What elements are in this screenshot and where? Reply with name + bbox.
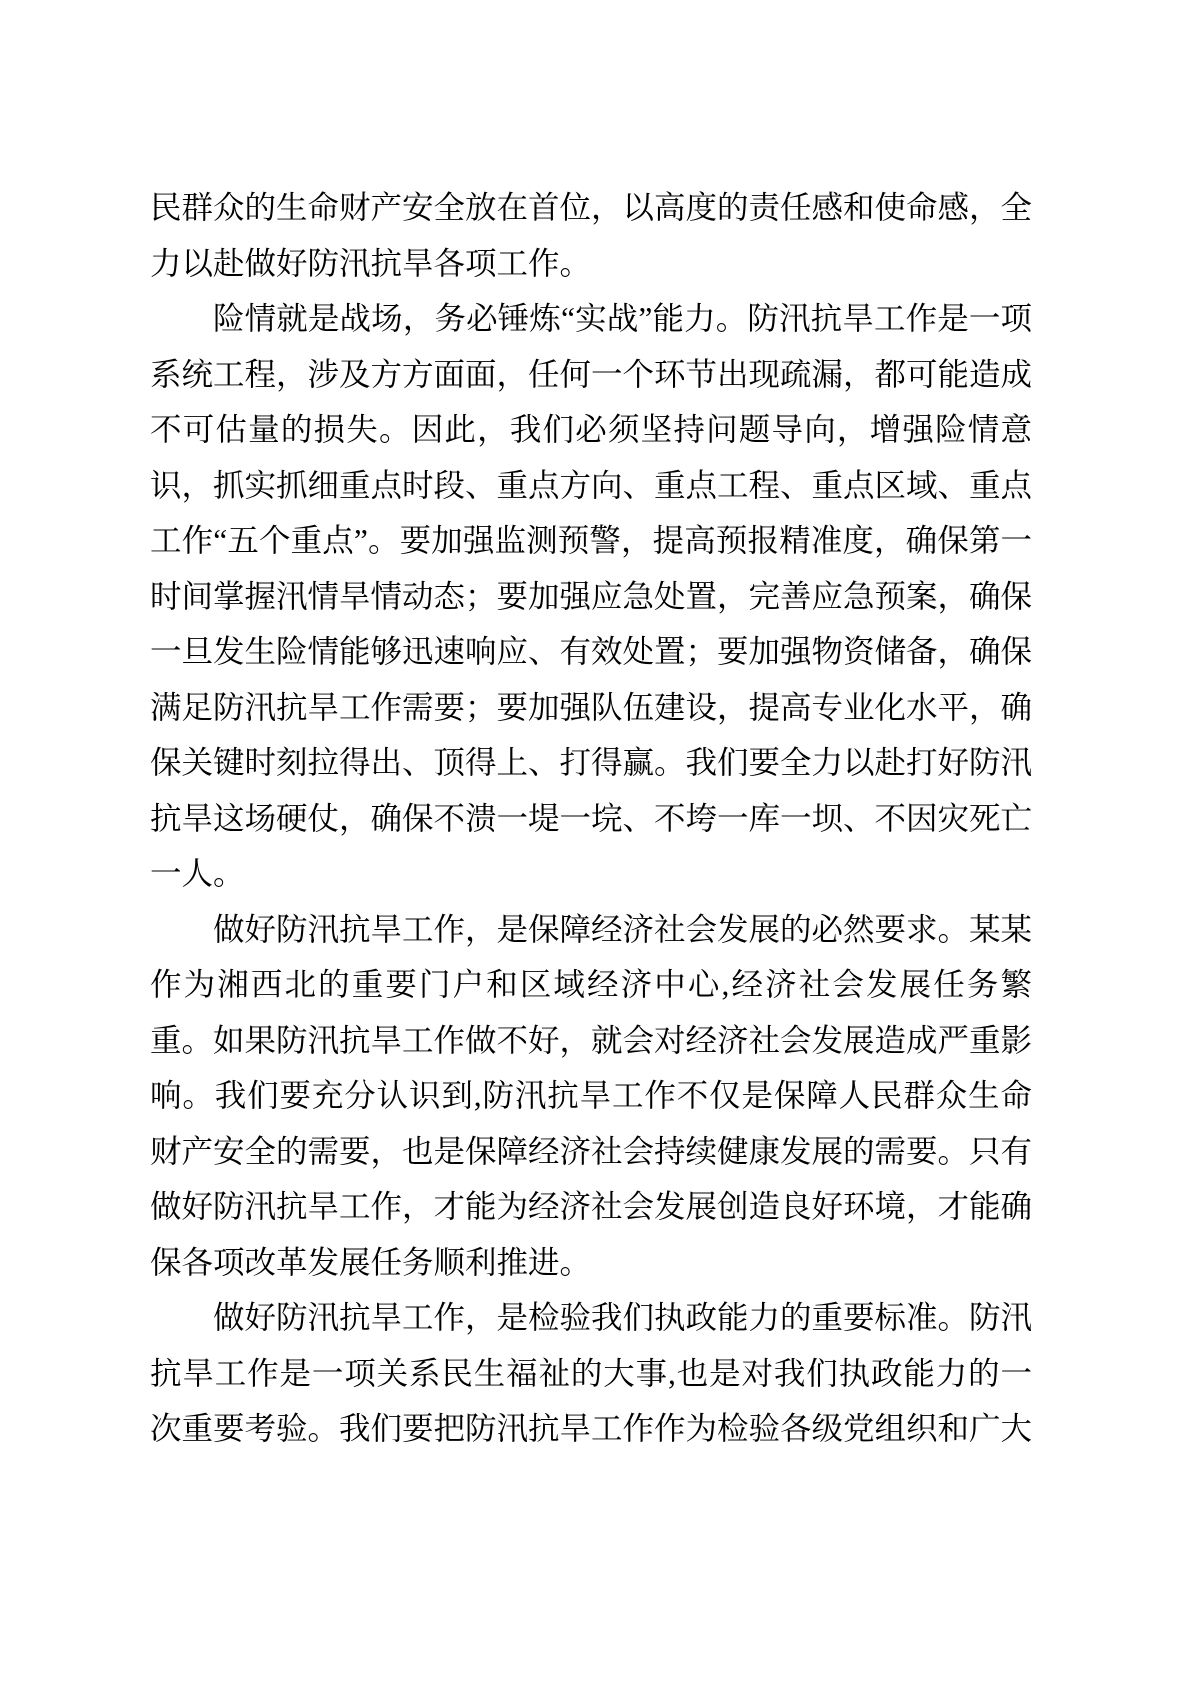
paragraph: 做好防汛抗旱工作，是保障经济社会发展的必然要求。某某作为湘西北的重要门户和区域经… [150, 902, 1032, 1291]
paragraph: 民群众的生命财产安全放在首位，以高度的责任感和使命感，全力以赴做好防汛抗旱各项工… [150, 180, 1032, 291]
document-page: 民群众的生命财产安全放在首位，以高度的责任感和使命感，全力以赴做好防汛抗旱各项工… [0, 0, 1190, 1683]
paragraph: 做好防汛抗旱工作，是检验我们执政能力的重要标准。防汛抗旱工作是一项关系民生福祉的… [150, 1290, 1032, 1457]
paragraph: 险情就是战场，务必锤炼“实战”能力。防汛抗旱工作是一项系统工程，涉及方方面面，任… [150, 291, 1032, 902]
document-text-body: 民群众的生命财产安全放在首位，以高度的责任感和使命感，全力以赴做好防汛抗旱各项工… [150, 180, 1032, 1457]
